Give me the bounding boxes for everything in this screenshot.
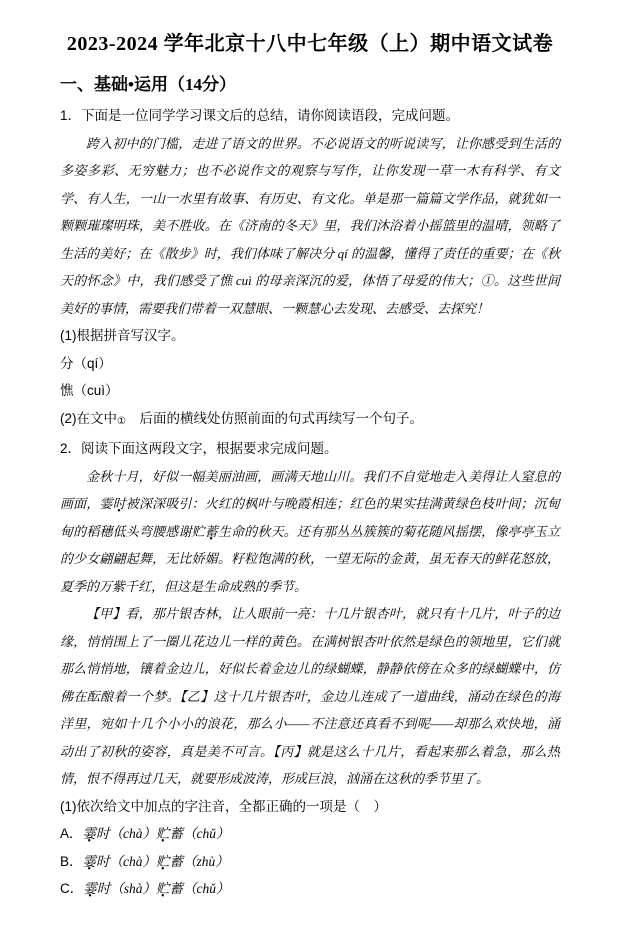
question-1-sub-2-prefix: (2)在文中 [60,411,117,426]
question-1-stem: 1．下面是一位同学学习课文后的总结，请你阅读语段，完成问题。 [60,102,560,130]
option-c-dotted-char-2: 贮 [156,881,170,896]
pinyin-blank-fen: 分（qí） [60,350,560,378]
question-2-sub-1: (1)依次给文中加点的字注音，全都正确的一项是（ ） [60,793,560,821]
option-a-dotted-char-1: 霎 [83,826,97,841]
question-2-passage-para-2: 【甲】看，那片银杏林，让人眼前一亮：十几片银杏叶，就只有十几片，叶子的边缘，悄悄… [60,600,560,793]
section-heading: 一、基础•运用（14分） [60,70,560,100]
question-1-sub-1: (1)根据拼音写汉字。 [60,322,560,350]
option-c-dotted-char-1: 霎 [83,881,97,896]
option-a-word-1: 时（chà） [96,826,156,841]
option-c-word-1: 时（shà） [97,881,156,896]
option-b-dotted-char-1: 霎 [83,854,97,869]
question-1-sub-2: (2)在文中① 后面的横线处仿照前面的句式再续写一个句子。 [60,405,560,436]
option-c-word-2: 蓄（chǔ） [170,881,230,896]
option-a-label: A． [60,826,83,841]
option-b-dotted-char-2: 贮 [156,854,170,869]
option-b: B．霎时（chà）贮蓄（zhù） [60,848,560,876]
option-a: A．霎时（chà）贮蓄（chǔ） [60,820,560,848]
option-b-word-2: 蓄（zhù） [170,854,229,869]
dotted-char-zhu: 贮 [192,524,205,539]
question-2-passage-para-1: 金秋十月，好似一幅美丽油画，画满天地山川。我们不自觉地走入美得让人窒息的画面，霎… [60,463,560,601]
paper-title: 2023-2024 学年北京十八中七年级（上）期中语文试卷 [60,30,560,58]
question-1-passage: 跨入初中的门槛，走进了语文的世界。不必说语文的听说读写，让你感受到生活的多姿多彩… [60,130,560,323]
pinyin-blank-qiao: 憔（cuì） [60,377,560,405]
dotted-char-sha: 霎 [99,496,112,511]
question-2-stem: 2．阅读下面这两段文字，根据要求完成问题。 [60,435,560,463]
option-a-dotted-char-2: 贮 [156,826,170,841]
option-b-word-1: 时（chà） [96,854,156,869]
option-b-label: B． [60,854,83,869]
option-c: C．霎时（shà）贮蓄（chǔ） [60,875,560,903]
option-c-label: C． [60,881,83,896]
circled-one-marker: ① [117,416,126,427]
option-a-word-2: 蓄（chǔ） [170,826,230,841]
exam-paper-page: 2023-2024 学年北京十八中七年级（上）期中语文试卷 一、基础•运用（14… [0,0,617,933]
question-1-sub-2-rest: 后面的横线处仿照前面的句式再续写一个句子。 [126,411,423,426]
